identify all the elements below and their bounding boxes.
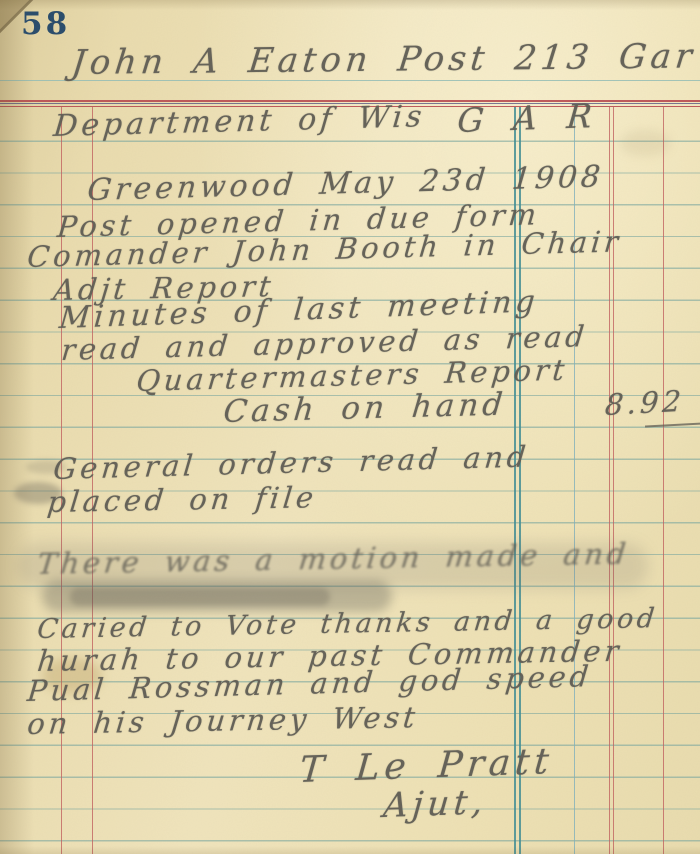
cents-column-rule (613, 107, 614, 854)
minutes-line: on his Journey West (26, 703, 420, 739)
cash-line: Cash on hand (222, 390, 508, 428)
cash-amount: 8.92 (604, 387, 686, 420)
page-number: 58 (21, 6, 70, 42)
page-edge-shading (0, 0, 700, 10)
minutes-line: placed on file (46, 483, 318, 517)
ledger-heading: John A Eaton Post 213 Gar (70, 39, 698, 80)
gar-abbrev: G A R (456, 99, 597, 137)
signature-title: Ajut, (382, 785, 489, 823)
ledger-page: 58 John A Eaton Post 213 GarDepartment o… (0, 0, 700, 854)
signature: T Le Pratt (298, 744, 555, 789)
amount-column-rule (574, 107, 575, 854)
cents-column-rule (609, 107, 610, 854)
right-margin-rule (663, 107, 664, 854)
page-edge-shading (0, 846, 700, 854)
